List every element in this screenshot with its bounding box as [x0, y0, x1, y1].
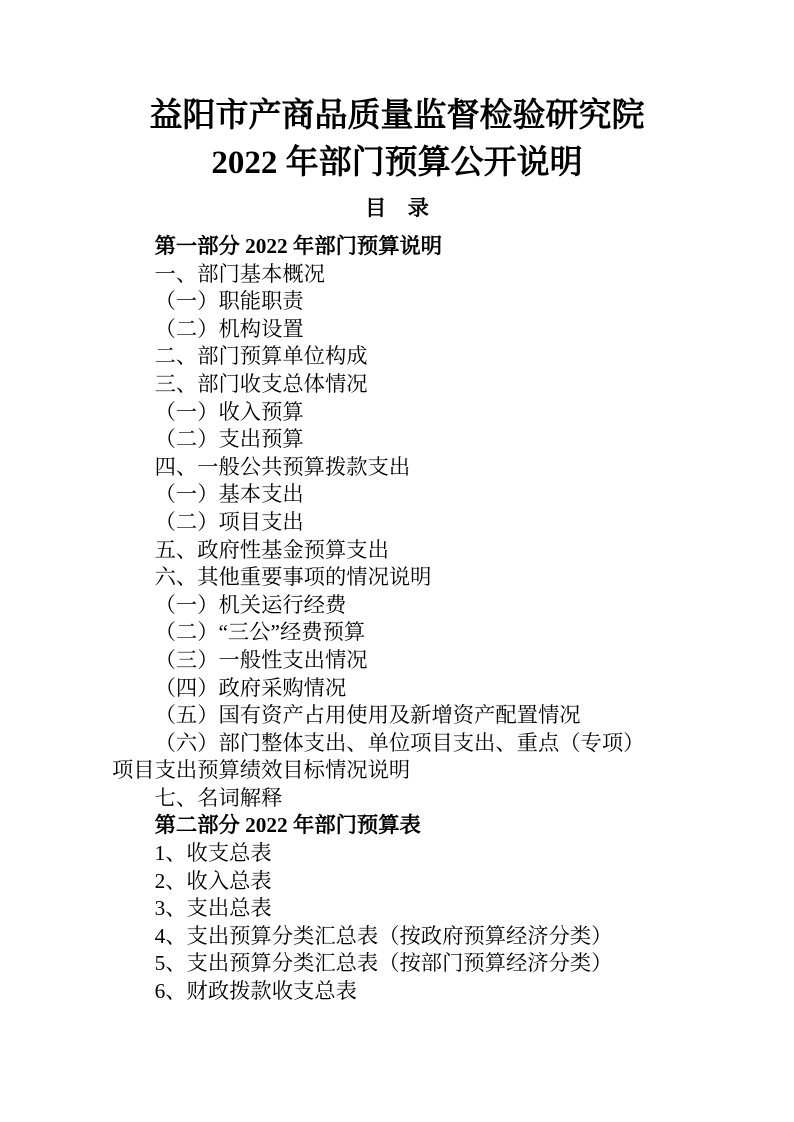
toc-line: 二、部门预算单位构成	[112, 343, 682, 371]
toc-line: 6、财政拨款收支总表	[112, 978, 682, 1006]
toc-line: （六）部门整体支出、单位项目支出、重点（专项）	[112, 730, 682, 758]
document-title-line1: 益阳市产商品质量监督检验研究院	[112, 93, 682, 140]
toc-line: （一）职能职责	[112, 288, 682, 316]
toc-line: 第二部分 2022 年部门预算表	[112, 812, 682, 840]
toc-line: （二）“三公”经费预算	[112, 619, 682, 647]
toc-line: （四）政府采购情况	[112, 675, 682, 703]
toc-line: （一）机关运行经费	[112, 592, 682, 620]
toc-line: 项目支出预算绩效目标情况说明	[112, 757, 682, 785]
toc-line: 一、部门基本概况	[112, 261, 682, 289]
toc-line: 七、名词解释	[112, 785, 682, 813]
toc-line: 三、部门收支总体情况	[112, 371, 682, 399]
toc-line: 第一部分 2022 年部门预算说明	[112, 233, 682, 261]
toc-line: 4、支出预算分类汇总表（按政府预算经济分类）	[112, 923, 682, 951]
toc-line: （五）国有资产占用使用及新增资产配置情况	[112, 702, 682, 730]
toc-line: 5、支出预算分类汇总表（按部门预算经济分类）	[112, 950, 682, 978]
toc-line: 六、其他重要事项的情况说明	[112, 564, 682, 592]
document-title-line2: 2022 年部门预算公开说明	[112, 140, 682, 187]
toc-line: 1、收支总表	[112, 840, 682, 868]
toc-line: 3、支出总表	[112, 895, 682, 923]
toc-line: （三）一般性支出情况	[112, 647, 682, 675]
toc-line: 四、一般公共预算拨款支出	[112, 454, 682, 482]
toc-line: 2、收入总表	[112, 868, 682, 896]
toc-line: （一）收入预算	[112, 399, 682, 427]
document-title: 益阳市产商品质量监督检验研究院 2022 年部门预算公开说明	[112, 93, 682, 187]
toc-line: （二）支出预算	[112, 426, 682, 454]
toc-line: 五、政府性基金预算支出	[112, 537, 682, 565]
toc-line: （二）机构设置	[112, 316, 682, 344]
toc-line: （一）基本支出	[112, 481, 682, 509]
document-page: 益阳市产商品质量监督检验研究院 2022 年部门预算公开说明 目 录 第一部分 …	[0, 0, 794, 1122]
toc-heading: 目 录	[112, 194, 682, 222]
toc-line: （二）项目支出	[112, 509, 682, 537]
toc-list: 第一部分 2022 年部门预算说明一、部门基本概况（一）职能职责（二）机构设置二…	[112, 233, 682, 1006]
